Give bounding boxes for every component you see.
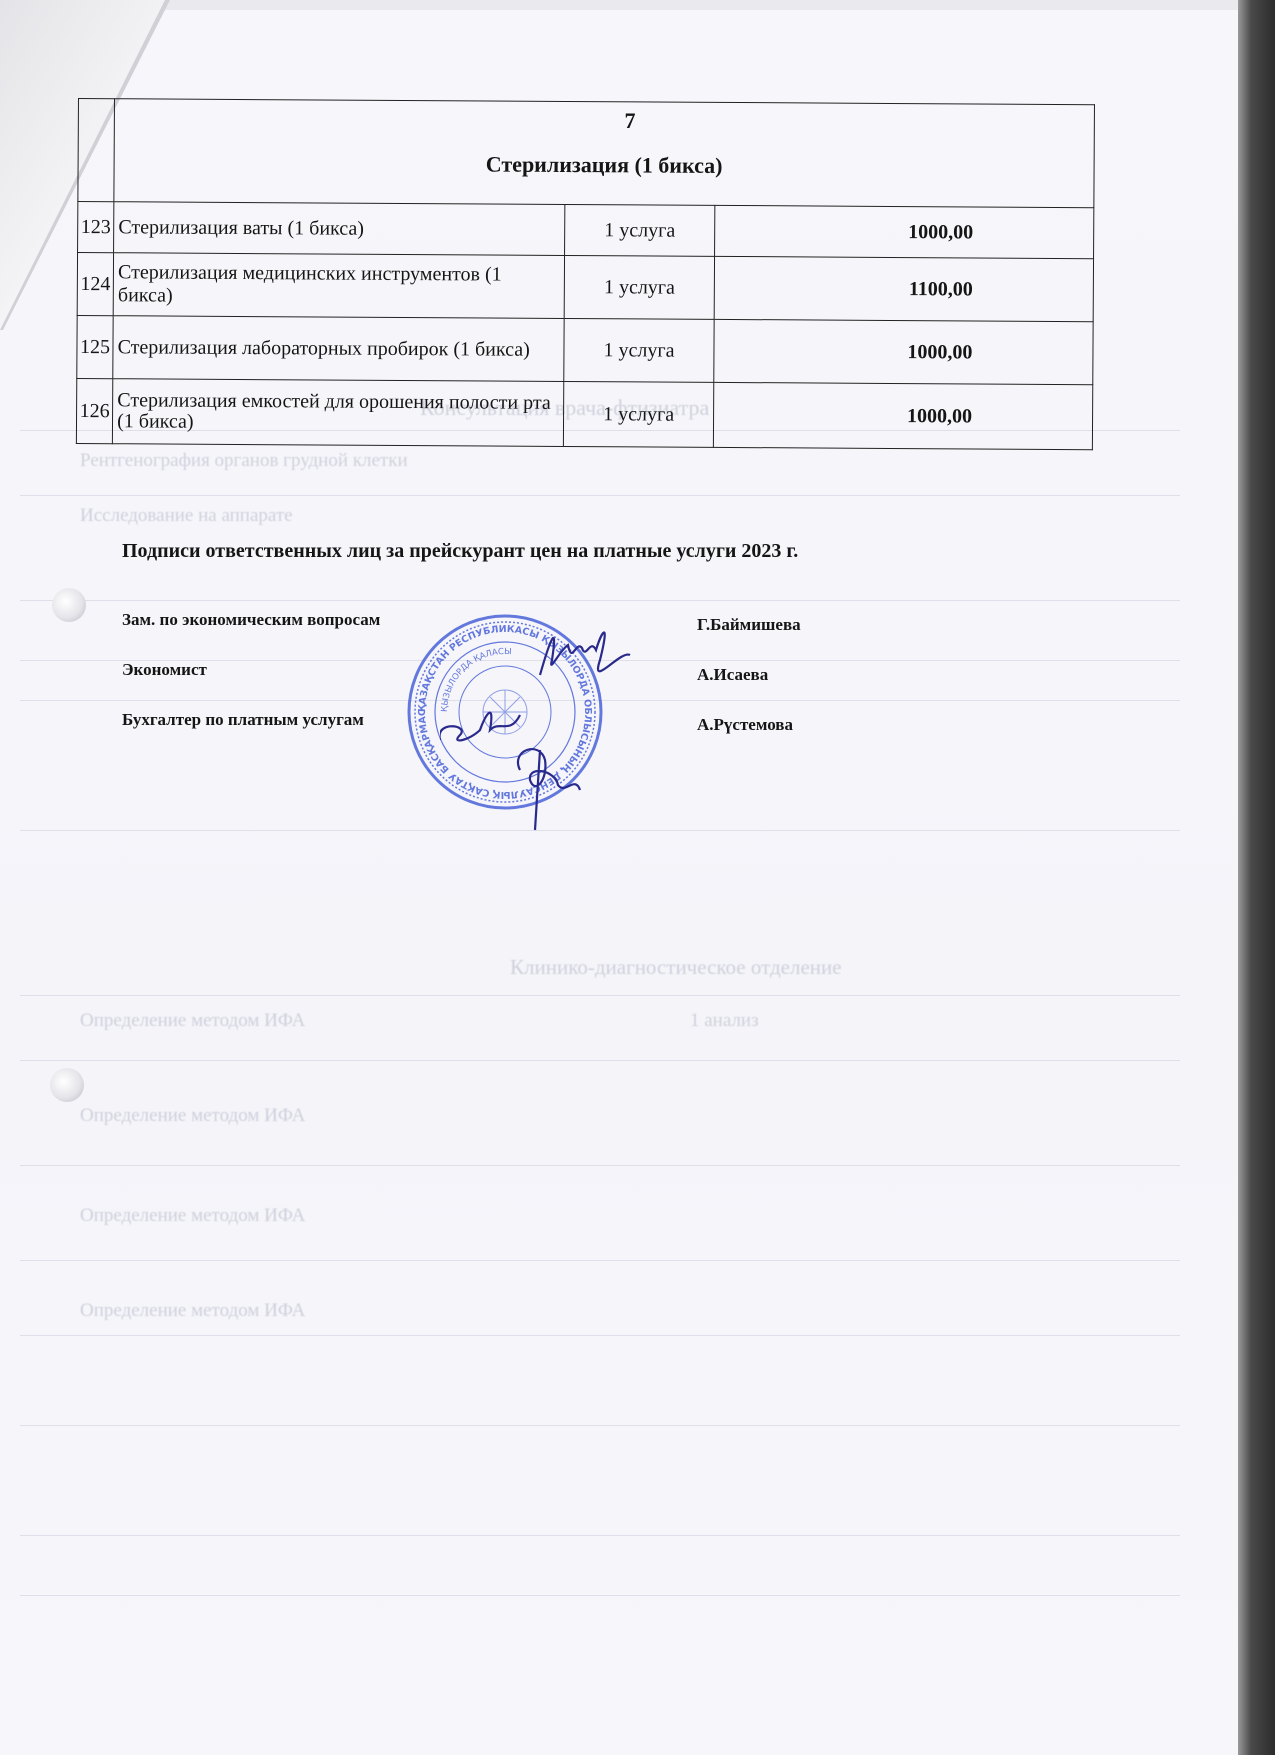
signature-1-icon [540, 633, 630, 676]
bleed-text: Определение методом ИФА [80, 1300, 305, 1322]
service-name: Стерилизация емкостей для орошения полос… [113, 379, 564, 447]
section-header-row: Стерилизация (1 бикса) [78, 99, 1095, 208]
signature-3-icon [518, 749, 580, 830]
service-name: Стерилизация медицинских инструментов (1… [113, 253, 564, 319]
section-title: Стерилизация (1 бикса) [114, 99, 1094, 208]
empty-num-cell [78, 99, 115, 202]
signer-role: Бухгалтер по платным услугам [122, 710, 364, 730]
bleed-text: Клинико-диагностическое отделение [510, 955, 842, 980]
service-unit: 1 услуга [563, 381, 713, 447]
punch-hole [50, 1068, 84, 1102]
signer-role: Экономист [122, 660, 207, 680]
bleed-text: Определение методом ИФА [80, 1010, 305, 1032]
table-row: 124 Стерилизация медицинских инструменто… [77, 253, 1093, 322]
row-number: 124 [77, 253, 114, 316]
scanner-edge-shadow [1238, 0, 1275, 1755]
signer-name: А.Исаева [697, 665, 768, 685]
bleed-text: Определение методом ИФА [80, 1205, 305, 1227]
bleed-text: Рентгенография органов грудной клетки [80, 450, 408, 472]
scan-top-strip [0, 0, 1238, 10]
price-table: Стерилизация (1 бикса) 123 Стерилизация … [76, 98, 1095, 450]
service-price: 1000,00 [714, 319, 1093, 384]
service-name: Стерилизация ваты (1 бикса) [114, 202, 565, 256]
bleed-text: 1 анализ [690, 1010, 759, 1032]
service-unit: 1 услуга [564, 318, 714, 382]
bleed-text: Определение методом ИФА [80, 1105, 305, 1127]
service-price: 1100,00 [714, 256, 1093, 321]
bleed-text: Исследование на аппарате [80, 505, 293, 527]
table-row: 123 Стерилизация ваты (1 бикса) 1 услуга… [78, 202, 1094, 259]
signer-role: Зам. по экономическим вопросам [122, 610, 380, 630]
service-price: 1000,00 [713, 382, 1092, 449]
row-number: 126 [76, 378, 113, 443]
signer-name: А.Рүстемова [697, 715, 793, 735]
service-name: Стерилизация лабораторных пробирок (1 би… [113, 316, 564, 382]
table-row: 125 Стерилизация лабораторных пробирок (… [77, 315, 1093, 384]
signature-2-icon [440, 713, 520, 741]
service-unit: 1 услуга [564, 255, 714, 319]
service-unit: 1 услуга [565, 204, 715, 256]
table-row: 126 Стерилизация емкостей для орошения п… [76, 378, 1092, 449]
row-number: 125 [77, 315, 114, 378]
service-price: 1000,00 [715, 205, 1094, 258]
row-number: 123 [78, 202, 114, 253]
signatures-title: Подписи ответственных лиц за прейскурант… [122, 540, 798, 563]
punch-hole [52, 588, 86, 622]
signer-name: Г.Баймишева [697, 615, 801, 635]
signatures-handwriting [440, 620, 660, 840]
